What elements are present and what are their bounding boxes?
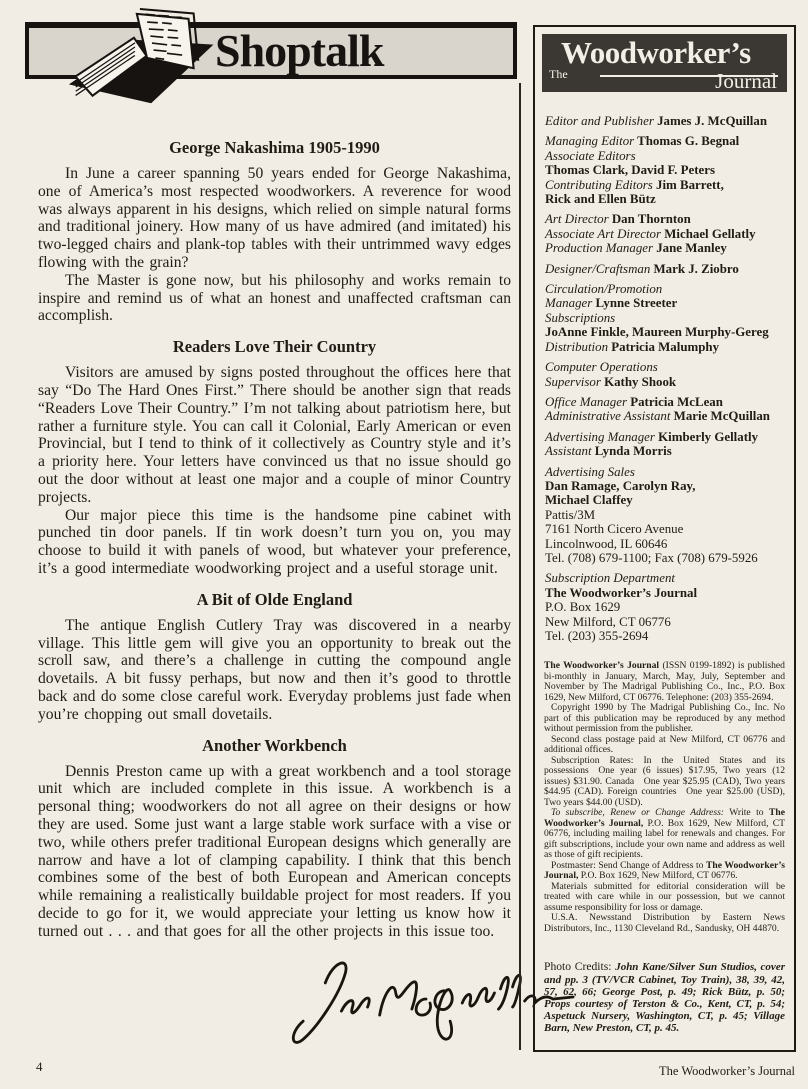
text-run: Administrative Assistant — [545, 409, 670, 423]
column-divider — [519, 83, 521, 1050]
publication-info-paragraph: Second class postage paid at New Milford… — [544, 735, 785, 756]
text-run: Jane Manley — [653, 241, 727, 255]
open-book-icon — [52, 0, 228, 118]
text-run: Marie McQuillan — [670, 409, 770, 423]
staff-line: Circulation/Promotion — [545, 282, 784, 296]
staff-line: Tel. (708) 679-1100; Fax (708) 679-5926 — [545, 551, 784, 565]
staff-group: Art Director Dan ThorntonAssociate Art D… — [545, 212, 784, 255]
text-run: Michael Gellatly — [661, 227, 756, 241]
staff-group: Computer OperationsSupervisor Kathy Shoo… — [545, 360, 784, 389]
text-run: Subscription Department — [545, 571, 675, 585]
text-run: Advertising Manager — [545, 430, 655, 444]
text-run: Computer Operations — [545, 360, 658, 374]
text-run: To subscribe, Renew or Change Address: — [551, 807, 724, 818]
staff-line: Dan Ramage, Carolyn Ray, — [545, 479, 784, 493]
text-run: Kathy Shook — [601, 375, 676, 389]
text-run: Thomas G. Begnal — [634, 134, 739, 148]
staff-line: Administrative Assistant Marie McQuillan — [545, 409, 784, 423]
text-run: Patricia Malumphy — [608, 340, 719, 354]
footer-journal-name: The Woodworker’s Journal — [659, 1064, 795, 1079]
journal-logo: The Woodworker’s Journal — [542, 34, 787, 92]
staff-line: Distribution Patricia Malumphy — [545, 340, 784, 354]
staff-line: Contributing Editors Jim Barrett, — [545, 178, 784, 192]
text-run: Copyright 1990 by The Madrigal Publishin… — [544, 702, 785, 734]
staff-line: Assistant Lynda Morris — [545, 444, 784, 458]
text-run: The Woodworker’s Journal — [544, 660, 659, 671]
text-run: Second class postage paid at New Milford… — [544, 734, 785, 756]
text-run: Office Manager — [545, 395, 627, 409]
text-run: Designer/Craftsman — [545, 262, 650, 276]
publication-info-paragraph: U.S.A. Newsstand Distribution by Eastern… — [544, 913, 785, 934]
text-run: JoAnne Finkle, Maureen Murphy-Gereg — [545, 325, 769, 339]
body-paragraph: The Master is gone now, but his philosop… — [38, 272, 511, 325]
logo-name: Woodworker’s — [561, 35, 751, 71]
staff-line: Production Manager Jane Manley — [545, 241, 784, 255]
text-run: Associate Editors — [545, 149, 636, 163]
staff-line: Michael Claffey — [545, 493, 784, 507]
text-run: Distribution — [545, 340, 608, 354]
magazine-page: Shoptalk George Nakashima 1905-1990In Ju… — [0, 0, 808, 1089]
text-run: Patricia McLean — [627, 395, 723, 409]
staff-line: P.O. Box 1629 — [545, 600, 784, 614]
text-run: The Woodworker’s Journal — [545, 586, 697, 600]
text-run: U.S.A. Newsstand Distribution by Eastern… — [544, 912, 785, 934]
text-run: New Milford, CT 06776 — [545, 615, 671, 629]
section-heading: George Nakashima 1905-1990 — [38, 138, 511, 158]
staff-line: The Woodworker’s Journal — [545, 586, 784, 600]
text-run: James J. McQuillan — [654, 114, 767, 128]
staff-line: Thomas Clark, David F. Peters — [545, 163, 784, 177]
section-heading: Readers Love Their Country — [38, 337, 511, 357]
staff-group: Advertising SalesDan Ramage, Carolyn Ray… — [545, 465, 784, 566]
text-run: Kimberly Gellatly — [655, 430, 758, 444]
logo-sub: Journal — [715, 69, 777, 92]
staff-line: Managing Editor Thomas G. Begnal — [545, 134, 784, 148]
publication-info: The Woodworker’s Journal (ISSN 0199-1892… — [535, 649, 794, 934]
text-run: Subscriptions — [545, 311, 615, 325]
body-paragraph: In June a career spanning 50 years ended… — [38, 165, 511, 272]
section-heading: A Bit of Olde England — [38, 590, 511, 610]
staff-group: Subscription DepartmentThe Woodworker’s … — [545, 571, 784, 643]
text-run: Associate Art Director — [545, 227, 661, 241]
text-run: Supervisor — [545, 375, 601, 389]
section-heading: Another Workbench — [38, 736, 511, 756]
masthead-box: The Woodworker’s Journal Editor and Publ… — [533, 25, 796, 1052]
text-run: Write to — [724, 807, 769, 818]
text-run: Michael Claffey — [545, 493, 633, 507]
staff-group: Designer/Craftsman Mark J. Ziobro — [545, 262, 784, 276]
text-run: 7161 North Cicero Avenue — [545, 522, 683, 536]
publication-info-paragraph: Copyright 1990 by The Madrigal Publishin… — [544, 703, 785, 735]
text-run: Dan Thornton — [609, 212, 691, 226]
text-run: Materials submitted for editorial consid… — [544, 881, 785, 913]
body-paragraph: Our major piece this time is the handsom… — [38, 507, 511, 578]
text-run: Art Director — [545, 212, 609, 226]
staff-line: Subscriptions — [545, 311, 784, 325]
body-paragraph: Dennis Preston came up with a great work… — [38, 763, 511, 941]
staff-list: Editor and Publisher James J. McQuillanM… — [535, 99, 794, 643]
text-run: Jim Barrett, — [653, 178, 724, 192]
text-run: Postmaster: Send Change of Address to — [551, 860, 706, 871]
publication-info-paragraph: The Woodworker’s Journal (ISSN 0199-1892… — [544, 661, 785, 703]
body-paragraph: Visitors are amused by signs posted thro… — [38, 364, 511, 506]
staff-line: Pattis/3M — [545, 508, 784, 522]
text-run: Photo Credits: — [544, 960, 615, 973]
photo-credits: Photo Credits: John Kane/Silver Sun Stud… — [535, 945, 794, 1034]
staff-group: Advertising Manager Kimberly GellatlyAss… — [545, 430, 784, 459]
text-run: Manager — [545, 296, 592, 310]
staff-line: Supervisor Kathy Shook — [545, 375, 784, 389]
staff-line: 7161 North Cicero Avenue — [545, 522, 784, 536]
text-run: Subscription Rates: In the United States… — [544, 755, 785, 808]
publication-info-paragraph: Subscription Rates: In the United States… — [544, 756, 785, 809]
staff-line: Computer Operations — [545, 360, 784, 374]
body-paragraph: The antique English Cutlery Tray was dis… — [38, 617, 511, 724]
staff-group: Circulation/PromotionManager Lynne Stree… — [545, 282, 784, 354]
editor-signature — [283, 948, 575, 1050]
staff-line: Associate Art Director Michael Gellatly — [545, 227, 784, 241]
text-run: Contributing Editors — [545, 178, 653, 192]
text-run: Assistant — [545, 444, 592, 458]
text-run: Advertising Sales — [545, 465, 635, 479]
publication-info-paragraph: To subscribe, Renew or Change Address: W… — [544, 808, 785, 861]
staff-line: Lincolnwood, IL 60646 — [545, 537, 784, 551]
text-run: P.O. Box 1629, New Milford, CT 06776. — [578, 870, 737, 881]
staff-line: Tel. (203) 355-2694 — [545, 629, 784, 643]
staff-group: Managing Editor Thomas G. BegnalAssociat… — [545, 134, 784, 206]
staff-line: Designer/Craftsman Mark J. Ziobro — [545, 262, 784, 276]
staff-line: Rick and Ellen Bütz — [545, 192, 784, 206]
text-run: Tel. (708) 679-1100; Fax (708) 679-5926 — [545, 551, 758, 565]
text-run: Pattis/3M — [545, 508, 595, 522]
text-run: P.O. Box 1629 — [545, 600, 620, 614]
text-run: Lincolnwood, IL 60646 — [545, 537, 667, 551]
staff-line: JoAnne Finkle, Maureen Murphy-Gereg — [545, 325, 784, 339]
page-title: Shoptalk — [215, 24, 383, 77]
text-run: Lynda Morris — [592, 444, 672, 458]
staff-line: Art Director Dan Thornton — [545, 212, 784, 226]
staff-line: Manager Lynne Streeter — [545, 296, 784, 310]
text-run: Circulation/Promotion — [545, 282, 662, 296]
staff-line: Editor and Publisher James J. McQuillan — [545, 114, 784, 128]
staff-line: Advertising Manager Kimberly Gellatly — [545, 430, 784, 444]
staff-group: Office Manager Patricia McLeanAdministra… — [545, 395, 784, 424]
staff-line: Associate Editors — [545, 149, 784, 163]
text-run: Managing Editor — [545, 134, 634, 148]
text-run: Thomas Clark, David F. Peters — [545, 163, 715, 177]
editorial-column: George Nakashima 1905-1990In June a care… — [38, 138, 511, 940]
text-run: Tel. (203) 355-2694 — [545, 629, 648, 643]
text-run: Mark J. Ziobro — [650, 262, 739, 276]
text-run: Editor and Publisher — [545, 114, 654, 128]
text-run: Dan Ramage, Carolyn Ray, — [545, 479, 696, 493]
staff-line: New Milford, CT 06776 — [545, 615, 784, 629]
page-number: 4 — [36, 1059, 43, 1075]
text-run: Rick and Ellen Bütz — [545, 192, 656, 206]
staff-line: Advertising Sales — [545, 465, 784, 479]
staff-line: Subscription Department — [545, 571, 784, 585]
publication-info-paragraph: Materials submitted for editorial consid… — [544, 882, 785, 914]
text-run: Lynne Streeter — [592, 296, 677, 310]
staff-group: Editor and Publisher James J. McQuillan — [545, 114, 784, 128]
text-run: Production Manager — [545, 241, 653, 255]
publication-info-paragraph: Postmaster: Send Change of Address to Th… — [544, 861, 785, 882]
staff-line: Office Manager Patricia McLean — [545, 395, 784, 409]
